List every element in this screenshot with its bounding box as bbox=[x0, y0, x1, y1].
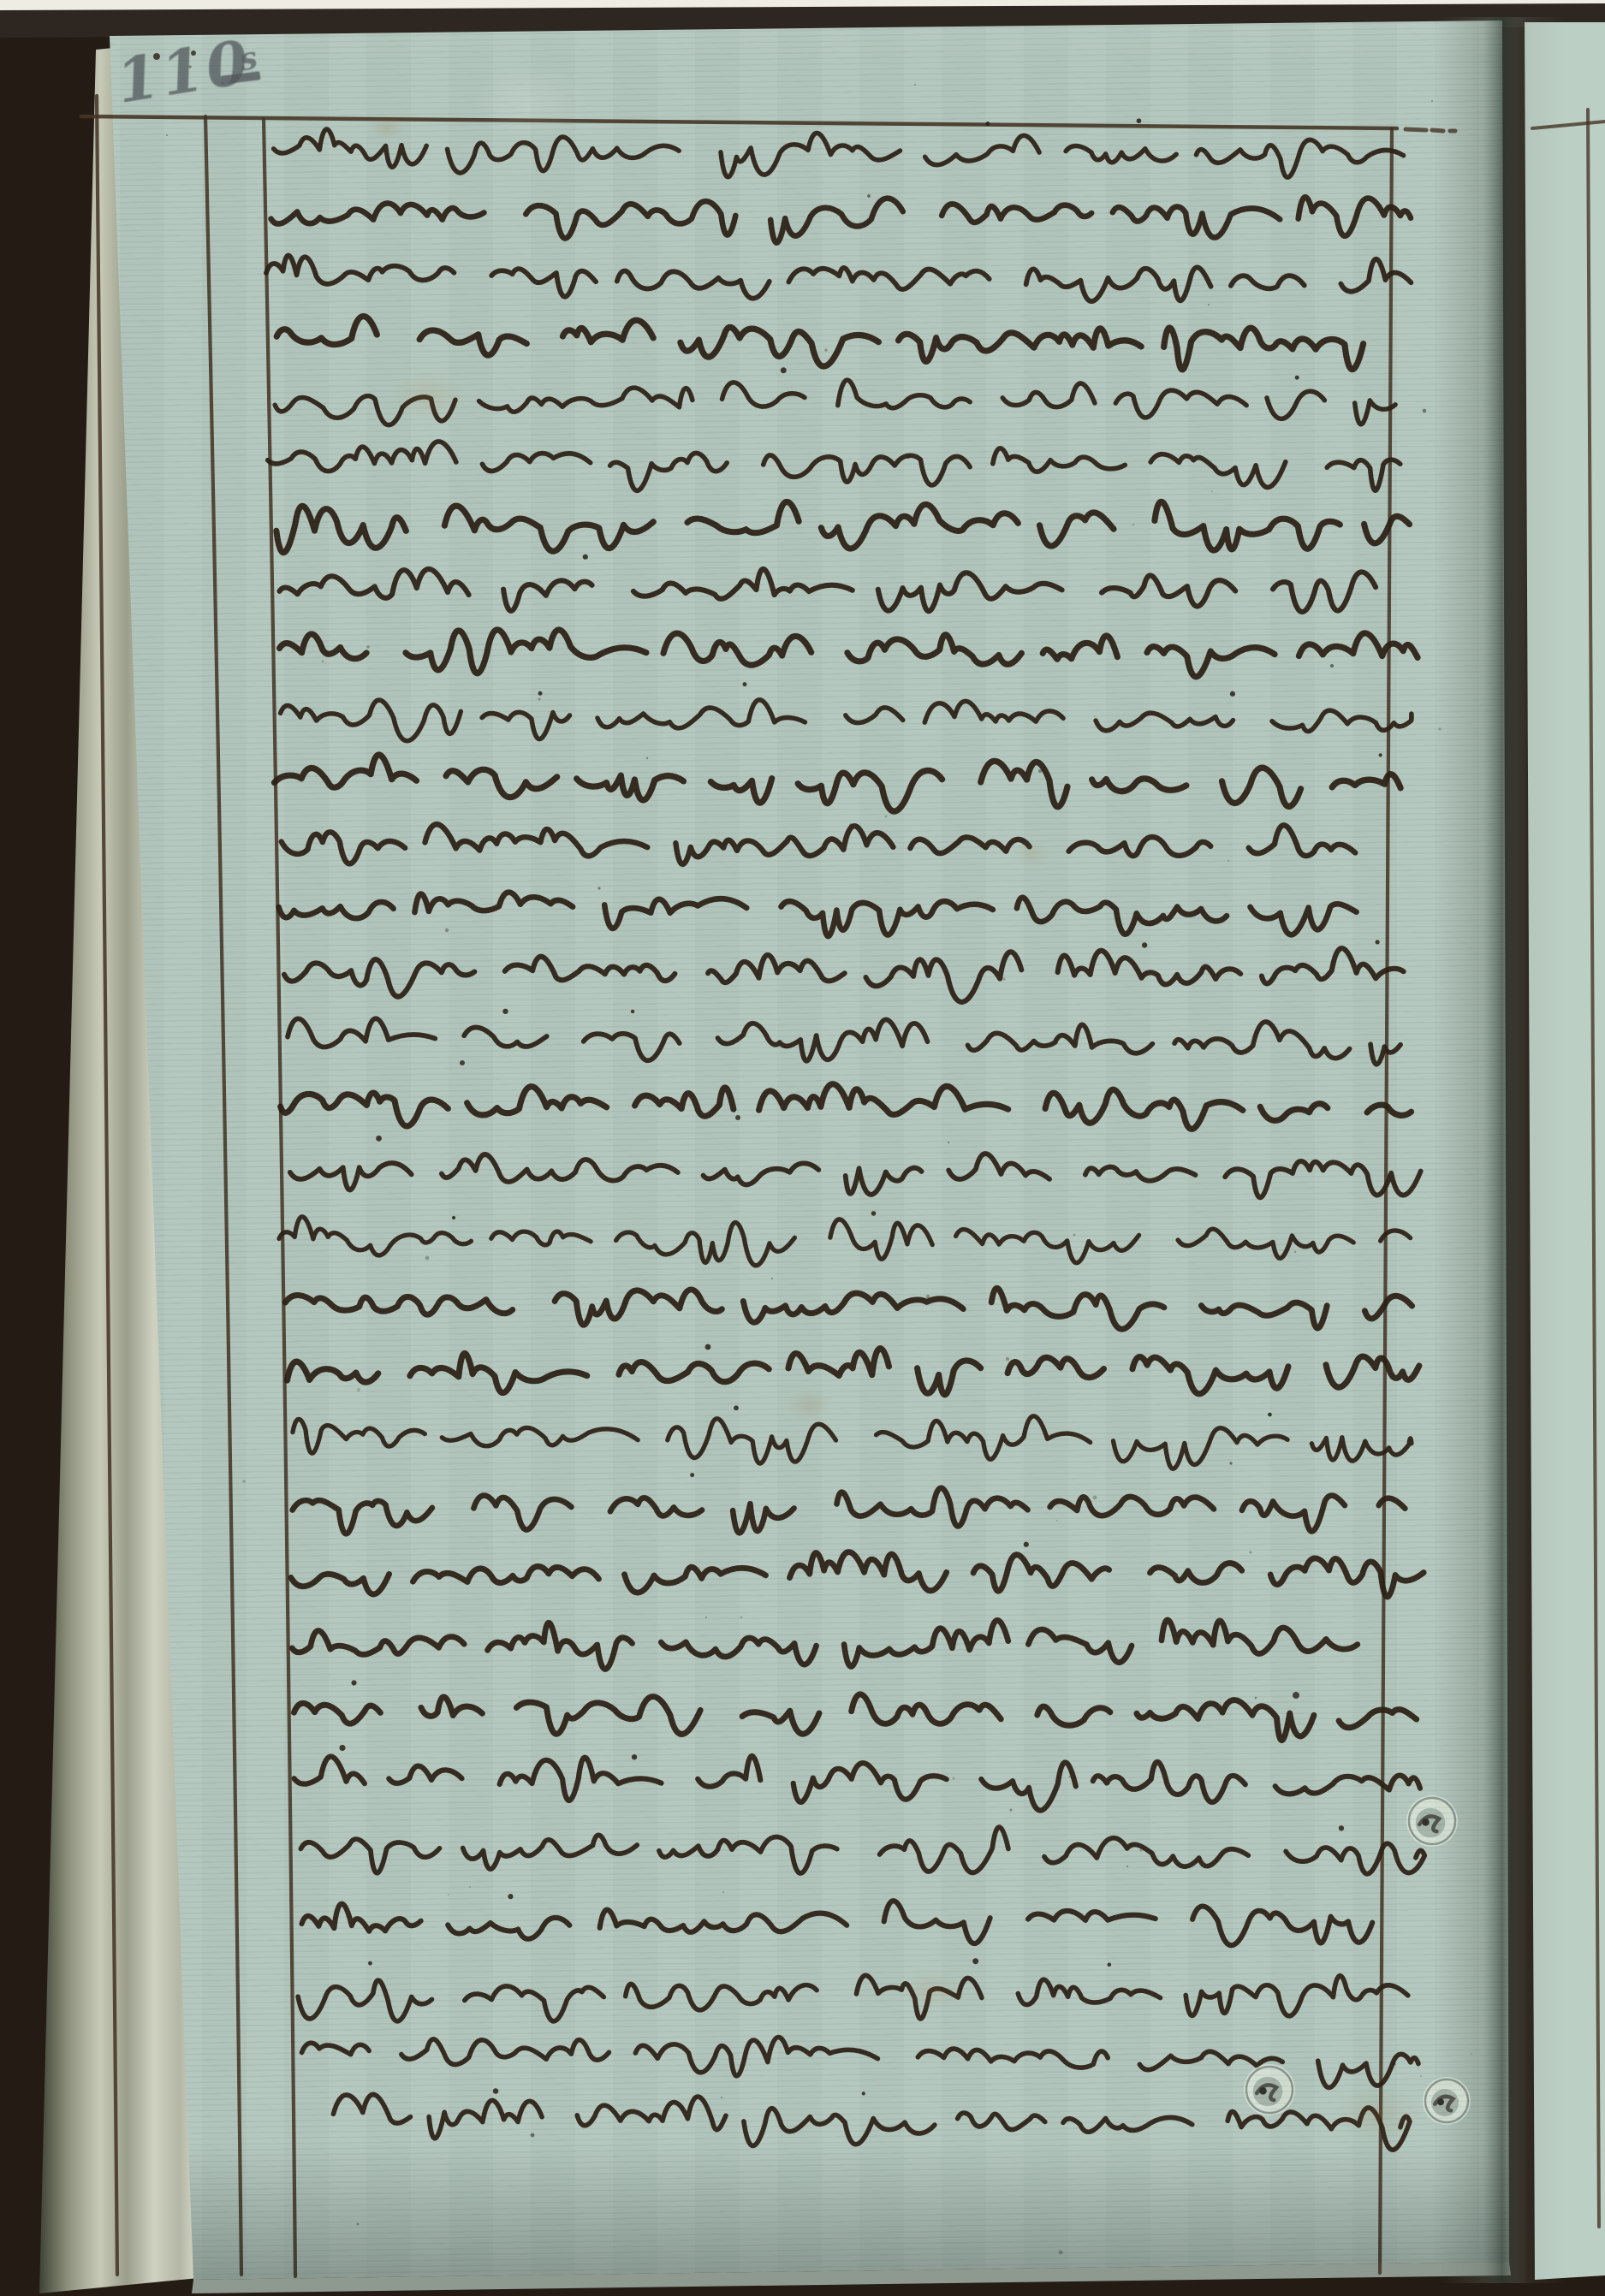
diacritic-dot bbox=[452, 1216, 455, 1219]
book-scan-scene bbox=[0, 0, 1605, 2296]
paper-speck bbox=[1255, 1697, 1257, 1700]
paper-speck bbox=[740, 1617, 743, 1619]
ink-dot bbox=[460, 1060, 465, 1065]
paper-speck bbox=[952, 1777, 954, 1779]
paper-speck bbox=[914, 84, 916, 86]
diacritic-dot bbox=[1268, 1413, 1272, 1417]
paper-speck bbox=[722, 1891, 724, 1893]
paper-speck bbox=[242, 1480, 246, 1483]
paper-speck bbox=[1038, 769, 1042, 773]
ink-dot bbox=[153, 53, 160, 60]
paper-speck bbox=[1217, 1617, 1221, 1621]
paper-speck bbox=[885, 816, 888, 818]
paper-speck bbox=[1211, 490, 1213, 492]
diacritic-dot bbox=[690, 1473, 694, 1477]
paper-speck bbox=[1002, 977, 1005, 980]
diacritic-dot bbox=[972, 1958, 978, 1964]
diacritic-dot bbox=[1137, 118, 1142, 123]
diacritic-dot bbox=[351, 1680, 356, 1685]
paper-speck bbox=[188, 65, 191, 68]
diacritic-dot bbox=[376, 1136, 382, 1142]
paper-speck bbox=[469, 1886, 471, 1888]
paper-speck bbox=[166, 134, 168, 136]
paper-speck bbox=[538, 697, 540, 700]
paper-speck bbox=[926, 1295, 930, 1299]
diacritic-dot bbox=[368, 1961, 372, 1966]
paper-speck bbox=[1228, 860, 1230, 863]
diacritic-dot bbox=[985, 122, 990, 126]
diacritic-dot bbox=[1024, 1542, 1029, 1547]
paper-speck bbox=[1073, 1234, 1076, 1237]
paper-speck bbox=[1420, 2075, 1423, 2078]
paper-speck bbox=[1022, 843, 1024, 845]
paper-speck bbox=[425, 1256, 430, 1261]
paper-speck bbox=[1250, 1551, 1252, 1554]
main-page bbox=[110, 21, 1509, 2280]
paper-speck bbox=[1330, 664, 1334, 667]
diacritic-dot bbox=[631, 1010, 634, 1013]
punch-hole bbox=[1423, 2077, 1471, 2125]
paper-speck bbox=[1471, 2053, 1472, 2055]
paper-speck bbox=[445, 928, 449, 932]
diacritic-dot bbox=[1142, 942, 1147, 947]
paper-speck bbox=[1059, 2251, 1063, 2255]
paper-speck bbox=[721, 2097, 722, 2098]
paper-speck bbox=[824, 348, 827, 351]
binding-thread-knot bbox=[1437, 2098, 1444, 2105]
diacritic-dot bbox=[1295, 376, 1299, 380]
diacritic-dot bbox=[1339, 1825, 1344, 1830]
top-rule-dash bbox=[1406, 129, 1426, 130]
ink-dot bbox=[735, 1115, 740, 1120]
paper-speck bbox=[322, 661, 324, 663]
paper-speck bbox=[366, 645, 370, 649]
paper-speck bbox=[948, 1142, 949, 1143]
paper-speck bbox=[597, 887, 600, 889]
paper-speck bbox=[907, 455, 910, 459]
diacritic-dot bbox=[734, 1405, 739, 1410]
diacritic-dot bbox=[583, 555, 588, 560]
paper-speck bbox=[519, 1696, 520, 1698]
paper-speck bbox=[1294, 1251, 1296, 1253]
paper-speck bbox=[771, 1278, 773, 1279]
paper-speck bbox=[1229, 1462, 1232, 1464]
diacritic-dot bbox=[1108, 1962, 1112, 1967]
diacritic-dot bbox=[1230, 691, 1235, 697]
punch-hole bbox=[1406, 1795, 1458, 1847]
diacritic-dot bbox=[632, 1754, 637, 1759]
paper-speck bbox=[531, 2133, 535, 2138]
diacritic-dot bbox=[339, 1745, 345, 1751]
paper-speck bbox=[705, 1617, 707, 1618]
paper-speck bbox=[1126, 1866, 1128, 1867]
paper-speck bbox=[1093, 1496, 1097, 1500]
diacritic-dot bbox=[742, 682, 746, 686]
paper-speck bbox=[1094, 715, 1096, 717]
diacritic-dot bbox=[1379, 753, 1382, 756]
paper-speck bbox=[867, 194, 871, 198]
ink-dot bbox=[191, 50, 196, 56]
top-rule-dash bbox=[1432, 130, 1443, 131]
diacritic-dot bbox=[508, 1894, 513, 1899]
paper-speck bbox=[646, 757, 648, 759]
paper-speck bbox=[1139, 1848, 1142, 1851]
paper-speck bbox=[1208, 304, 1210, 306]
diacritic-dot bbox=[493, 2088, 499, 2094]
ink-dot bbox=[1293, 1692, 1299, 1699]
paper-speck bbox=[1006, 1357, 1009, 1361]
paper-speck bbox=[1069, 1776, 1072, 1778]
diacritic-dot bbox=[781, 367, 787, 373]
manuscript-scan: 110 s bbox=[0, 0, 1605, 2296]
paper-speck bbox=[448, 1894, 449, 1896]
punch-hole bbox=[1244, 2064, 1295, 2115]
diacritic-dot bbox=[502, 1009, 508, 1014]
paper-speck bbox=[1431, 100, 1433, 102]
diacritic-dot bbox=[538, 691, 543, 696]
paper-speck bbox=[357, 2223, 360, 2226]
gutter-shadow bbox=[1438, 17, 1566, 2283]
paper-speck bbox=[1056, 1520, 1058, 1522]
diacritic-dot bbox=[1376, 940, 1380, 944]
paper-speck bbox=[1132, 524, 1135, 526]
binding-thread-knot bbox=[1422, 1818, 1430, 1826]
paper-speck bbox=[1393, 2062, 1395, 2065]
paper-speck bbox=[1423, 409, 1427, 413]
paper-speck bbox=[1174, 1574, 1178, 1577]
binding-thread-knot bbox=[1259, 2087, 1267, 2095]
paper-speck bbox=[849, 823, 852, 826]
diacritic-dot bbox=[871, 1211, 877, 1216]
diacritic-dot bbox=[862, 2091, 865, 2095]
diacritic-dot bbox=[705, 1344, 711, 1350]
paper-speck bbox=[1438, 727, 1441, 730]
paper-speck bbox=[1010, 1809, 1013, 1812]
paper-speck bbox=[357, 1388, 360, 1391]
